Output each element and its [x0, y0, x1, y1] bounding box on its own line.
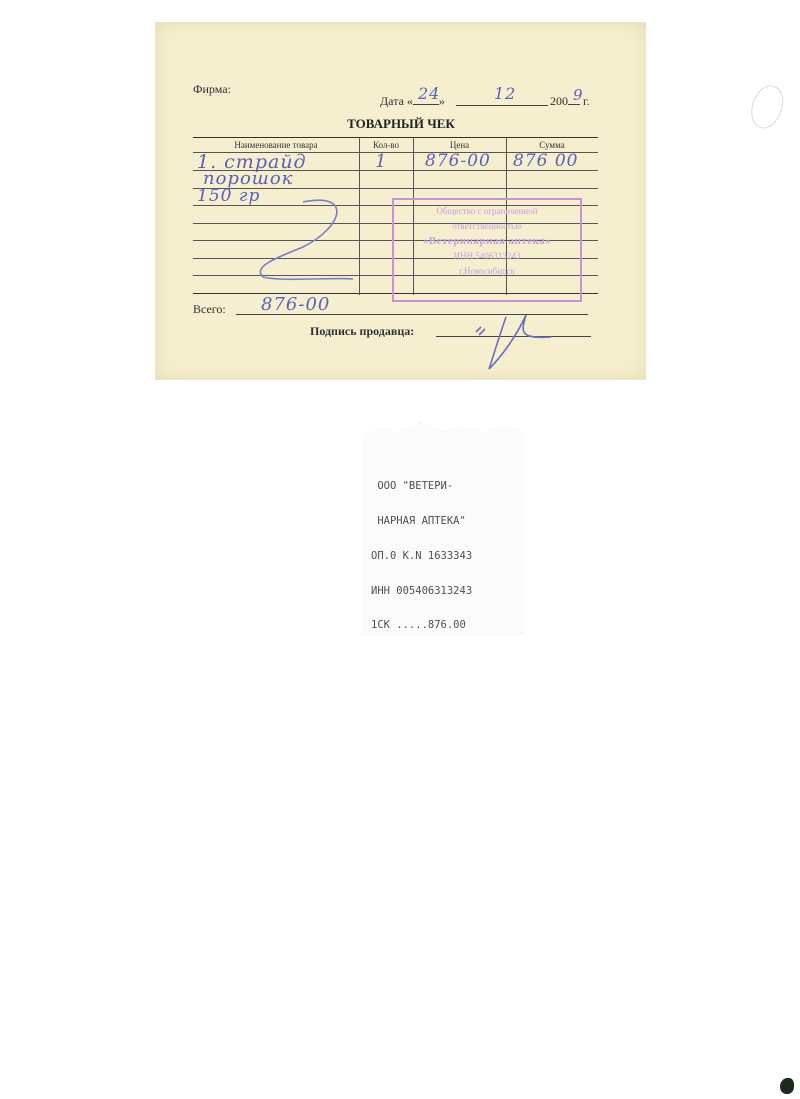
receipt-line: ................ [371, 655, 521, 667]
receipt-line: 1СК .....876.00 [371, 620, 521, 632]
date-month: 12 [494, 84, 516, 103]
date-year: 200 г. [550, 94, 590, 109]
cash-register-receipt: ООО "ВЕТЕРИ- НАРНАЯ АПТЕКА" ОП.0 К.N 163… [363, 422, 524, 635]
date-year-line [568, 104, 580, 105]
receipt-line: НАРНАЯ АПТЕКА" [371, 516, 521, 528]
receipt-lines: ООО "ВЕТЕРИ- НАРНАЯ АПТЕКА" ОП.0 К.N 163… [371, 458, 521, 864]
header-sum: Сумма [506, 140, 598, 150]
pencil-mark [746, 81, 788, 132]
signature-mark [471, 307, 561, 377]
receipt-line: 14:41Ф ЧЕК26 [371, 794, 521, 806]
receipt-title: ТОВАРНЫЙ ЧЕК [156, 116, 646, 132]
date-year-digit: 9 [573, 86, 584, 104]
receipt-line: ОП.0 К.N 1633343 [371, 551, 521, 563]
receipt-line: ИНН 005406313243 [371, 586, 521, 598]
total-value: 876-00 [261, 294, 330, 315]
row-1-price: 876-00 [425, 151, 491, 171]
stamp-line-5: г.Новосибирск [394, 264, 580, 279]
row-1-sum: 876 00 [513, 151, 578, 171]
receipt-line: 00002774 #013387 [371, 829, 521, 841]
firm-label: Фирма: [193, 82, 231, 97]
sales-receipt: Фирма: Дата «» 24 12 200 г. 9 ТОВАРНЫЙ Ч… [155, 22, 646, 380]
total-label: Всего: [193, 302, 226, 317]
date-month-line [456, 105, 548, 106]
date-label-text: Дата « [380, 94, 413, 108]
header-price: Цена [413, 140, 506, 150]
strikethrough-mark [243, 197, 373, 287]
signature-label: Подпись продавца: [310, 324, 414, 339]
receipt-line: ИТОГ.....876.00 [371, 690, 521, 702]
receipt-line: 24/12/09 [371, 759, 521, 771]
table-top-border [193, 137, 598, 138]
date-day-line [413, 104, 439, 105]
stamp-line-1: Общество с ограниченной [394, 204, 580, 219]
date-day: 24 [418, 84, 440, 103]
receipt-line: ЭКЛЗ 0128756758 [371, 725, 521, 737]
stamp-line-2: ответственностью [394, 219, 580, 234]
receipt-line: ООО "ВЕТЕРИ- [371, 481, 521, 493]
date-year-prefix: 200 [550, 94, 568, 108]
header-qty: Кол-во [359, 140, 413, 150]
stamp-line-3: «Ветеринарная аптека» [394, 234, 580, 249]
header-name: Наименование товара [193, 140, 359, 150]
stamp-line-4: ИНН 5406313243 [394, 249, 580, 264]
ink-blot [780, 1078, 794, 1094]
company-stamp: Общество с ограниченной ответственностью… [392, 198, 582, 302]
row-1-qty: 1 [375, 151, 387, 172]
